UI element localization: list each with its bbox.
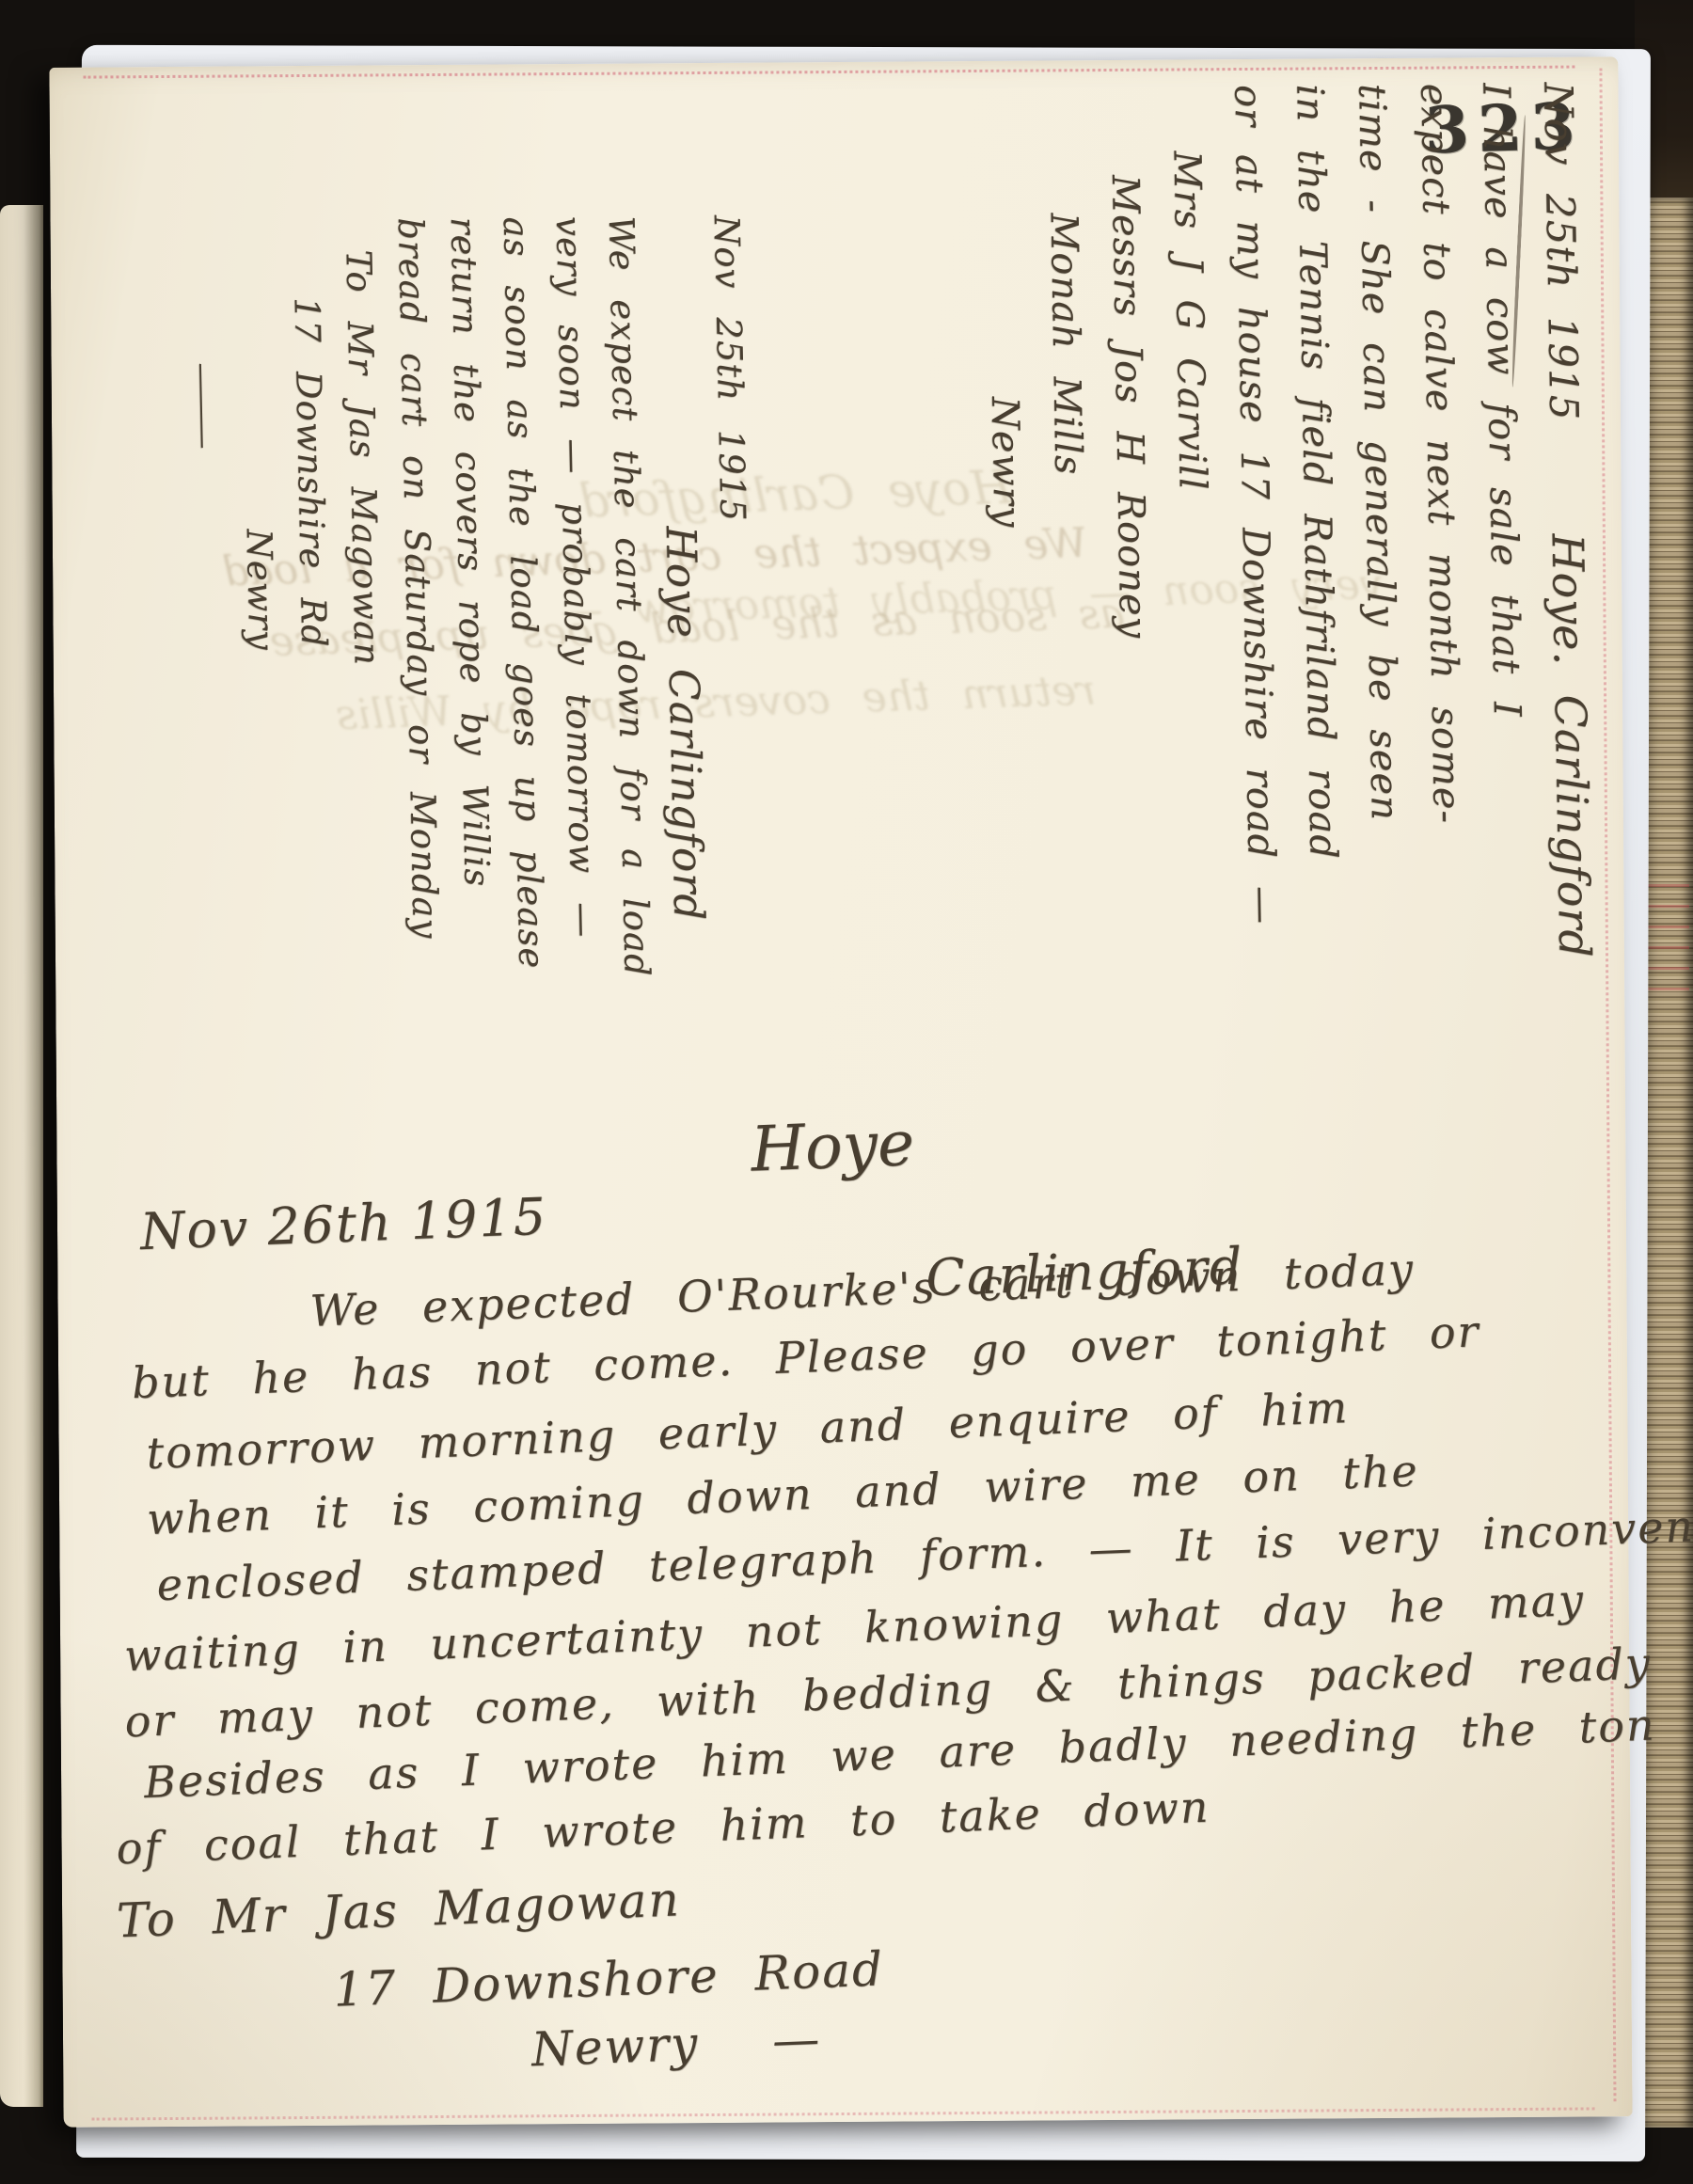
letter1-date: Nov 25th 1915 xyxy=(1535,82,1587,421)
red-ruled-line-right xyxy=(1599,68,1616,2101)
letter1-place: Hoye. Carlingford xyxy=(1541,420,1601,958)
letter3-addressee-line: Newry — xyxy=(530,2012,822,2078)
manuscript-page: 323 Hoye Carlingford We expect the cart … xyxy=(49,56,1632,2128)
red-ruled-line-top xyxy=(83,66,1574,79)
letter-copy-1-rotated: Nov 25th 1915Hoye. Carlingford I have a … xyxy=(923,82,1601,856)
letter3-addressee-line: To Mr Jas Magowan xyxy=(116,1872,682,1948)
letter3-date: Nov 26th 1915 xyxy=(139,1187,548,1262)
letter-copy-2-rotated: Nov 25th 1915 Hoye Carlingford We expect… xyxy=(176,215,766,1122)
manuscript-scan: 323 Hoye Carlingford We expect the cart … xyxy=(0,0,1693,2184)
previous-page-edge xyxy=(0,205,43,2107)
letter3-place-line: Hoye xyxy=(750,1107,915,1186)
fore-edge-red-marks xyxy=(1648,884,1689,1006)
book-fore-edge-pages xyxy=(1644,198,1693,2128)
letter3-addressee-line: 17 Downshore Road xyxy=(333,1941,885,2017)
